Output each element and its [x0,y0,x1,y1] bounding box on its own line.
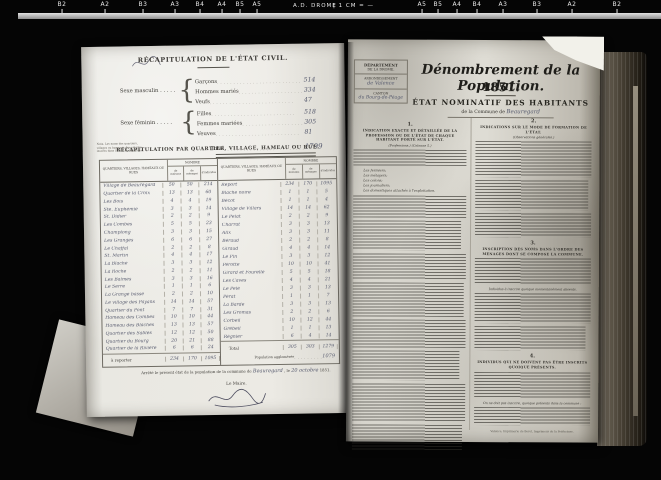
quartier-name: La Blache [101,261,164,267]
quartier-name: Quartier des Sables [103,331,166,337]
maisons-value: 5 [164,222,182,227]
quartier-name: Les Balmes [102,276,165,282]
individus-value: 1095 [317,181,335,186]
recap-row-value: 47 [304,96,330,103]
individus-value: 16 [201,276,219,281]
table-header: QUARTIERS, VILLAGES, HAMEAUX OU RUES NOM… [100,159,217,183]
menages-value: 3 [300,229,318,234]
paragraph-greeked [474,372,590,399]
menages-value: 4 [182,253,200,258]
dotted-leader: .......................... [242,121,304,127]
paragraph-greeked [352,384,465,423]
menages-value: 4 [301,277,319,282]
paragraph-greeked [353,149,466,166]
dotted-leader: .......................... [216,131,305,137]
menages-value: 3 [182,206,200,211]
menages-value: 13 [183,322,201,327]
section-1-number: 1. [354,121,467,128]
total-individus: 1279 [320,344,338,349]
quartier-name: Village de Villars [219,205,282,211]
signer-title: Le Maire. [186,380,286,387]
section-4-center-line: On ne doit pas inscrire, quoique présent… [474,401,590,406]
menages-value: 2 [301,309,319,314]
quartier-name: Le Pelé [220,285,283,291]
subcol-maisons: de maisons [286,165,303,179]
quartier-name: Corbeil [220,317,283,323]
quartier-name: Girard et Fourelle [220,269,283,275]
recap-row-label: Veuves [197,131,216,137]
maisons-value: 2 [164,214,182,219]
individus-value: 62 [318,205,336,210]
individus-value: 6 [201,283,219,288]
quartier-name: Les Bois [101,199,164,205]
scale-mark: B2 [58,1,67,13]
recap-row: Garçons .......................... 514 [195,73,330,85]
maisons-value: 3 [283,285,301,290]
individus-value: 50 [202,330,220,335]
menages-value: 4 [182,198,200,203]
menages-value: 1 [301,293,319,298]
date-handwritten: 20 octobre [291,367,318,373]
maisons-value: 14 [165,299,183,304]
quartier-name: Alix [219,229,282,235]
report-row: à reporter 234 170 1095 [103,352,220,367]
maisons-value: 20 [166,338,184,343]
maisons-value: 13 [165,323,183,328]
menages-value: 12 [301,317,319,322]
menages-value: 3 [182,260,200,265]
scale-mark: A5 [418,1,427,13]
maisons-value: 5 [283,269,301,274]
individus-value: 214 [199,182,217,187]
left-rows: Village de Beauregard 50 50 214 Quartier… [100,181,220,354]
menages-value: 3 [182,229,200,234]
maisons-value: 4 [283,277,301,282]
profession-list-item: Les domestiques attachés à l'exploitatio… [353,189,466,195]
scale-mark: A2 [568,1,577,13]
report-label: à reporter [103,357,166,363]
maisons-value: 2 [164,245,182,250]
recap-row-value: 514 [304,76,330,83]
menages-value: 3 [300,221,318,226]
female-rows: Filles .......................... 518 Fe… [197,105,331,137]
maisons-value: 6 [284,333,302,338]
quartier-name: Ste. Euphémie [101,206,164,212]
menages-value: 50 [181,183,199,188]
scale-mark: A2 [101,1,110,13]
maisons-value: 4 [164,253,182,258]
scale-mark: B4 [196,1,205,13]
maisons-value: 10 [283,261,301,266]
table-right-half: QUARTIERS, VILLAGES, HAMEAUX OU RUES NOM… [218,157,339,365]
report-maisons: 234 [166,357,184,362]
report-menages: 170 [184,357,202,362]
maisons-value: 2 [282,237,300,242]
maisons-value: 4 [164,198,182,203]
menages-value: 12 [184,330,202,335]
quartier-name: La Barde [220,301,283,307]
table-left-half: QUARTIERS, VILLAGES, HAMEAUX OU RUES NOM… [100,159,221,367]
paragraph-greeked [475,180,588,211]
section-4-number: 4. [474,353,590,360]
canton-cell: CANTON du Bourg-de-Péage [355,89,407,102]
page-stack-sliver [633,86,638,416]
individus-value: 11 [201,268,219,273]
individus-value: 31 [201,307,219,312]
quartier-name: Giraud [219,245,282,251]
maisons-value: 7 [165,307,183,312]
maisons-value: 2 [165,268,183,273]
scale-mark: A4 [453,1,462,13]
maisons-value: 3 [164,229,182,234]
maisons-value: 50 [163,183,181,188]
individus-value: 10 [201,291,219,296]
number-subheaders: de maisons de ménages d'individus [286,164,336,179]
menages-value: 4 [300,245,318,250]
individus-value: 15 [200,229,218,234]
paragraph-greeked [475,258,591,285]
individus-value: 5 [317,189,335,194]
quartier-name: Quartier du Bourg [103,338,166,344]
agglomerated-label: Population agglomérée [254,355,294,360]
scale-mark: B5 [434,1,443,13]
recap-row-value: 305 [304,118,330,125]
individus-value: 44 [201,314,219,319]
individus-value: 88 [202,338,220,343]
subcol-individus: d'individus [201,166,218,180]
maisons-value: 234 [281,181,299,186]
total-menages: 303 [302,344,320,349]
quartier-name: Pérat [220,293,283,299]
maisons-value: 3 [283,301,301,306]
menages-value: 2 [300,237,318,242]
maisons-value: 3 [282,221,300,226]
scale-mark: A3 [171,1,180,13]
recap-row: Veuves .......................... 81 [197,125,331,137]
scale-ratio-label: | 1 CM = — [333,3,374,9]
certification-block: Arrêté le présent état de la population … [141,367,336,376]
commune-handwritten: Beauregard [253,368,283,374]
instruction-column-left: 1. INDICATION EXACTE ET DÉTAILLÉE DE LA … [352,119,467,454]
quartier-name: Les Caves [220,277,283,283]
quartier-name: Charrat [219,221,282,227]
paragraph-greeked [474,326,585,351]
maisons-value: 1 [281,197,299,202]
recap-civil-title: RÉCAPITULATION DE L'ÉTAT CIVIL. [81,53,344,65]
menages-value: 5 [301,269,319,274]
individus-value: 13 [319,285,337,290]
quartier-name: Bécot [219,197,282,203]
menages-value: 10 [183,315,201,320]
recap-row: Veufs .......................... 47 [195,93,330,105]
subcol-menages: de ménages [184,166,201,180]
agglomerated-line: Population agglomérée ................ 1… [221,352,339,362]
section-4-heading: INDIVIDUS QUI NE DOIVENT PAS ÊTRE INSCRI… [474,360,590,370]
commune-line: de la Commune de Beauregard [406,109,596,116]
maisons-value: 6 [166,346,184,351]
individus-value: 4 [317,197,335,202]
left-page-recapitulation: RÉCAPITULATION DE L'ÉTAT CIVIL. Sexe mas… [81,43,350,417]
recap-row: Hommes mariés ..........................… [195,83,330,95]
paragraph-greeked [352,320,465,349]
individus-value: 24 [202,345,220,350]
quartier-name: Béraud [219,237,282,243]
scanned-register-view: B2 A2 B3 A3 B4 A4 B5 A5 A.D. DROME | 1 C… [0,0,661,480]
quartier-name: Grébeil [221,325,284,331]
quartier-name: Report [218,181,281,187]
section-2-number: 2. [476,118,592,125]
menages-value: 3 [183,276,201,281]
profession-list: Les fermiers;Les métayers;Les colons;Les… [353,168,466,194]
individus-value: 19 [199,198,217,203]
recap-row-label: Veufs [195,99,210,105]
right-page-etat-nominatif: DÉPARTEMENT DE LA DROME. ARRONDISSEMENT … [346,39,600,442]
maisons-value: 13 [163,191,181,196]
page-gutter-shadow [338,42,354,442]
scale-mark: B5 [236,1,245,13]
quartier-name: Hameau des Blaches [102,323,165,329]
dotted-leader: .......................... [239,89,304,95]
year-title: 1851. [406,80,596,95]
individus-value: 12 [318,253,336,258]
menages-value: 170 [299,181,317,186]
paragraph-greeked [352,425,462,452]
menages-value: 2 [182,245,200,250]
maisons-value: 1 [165,284,183,289]
section-1-heading: INDICATION EXACTE ET DÉTAILLÉE DE LA PRO… [354,128,467,142]
quartier-name: Les Granges [101,238,164,244]
quartier-name: Le Chaffal [101,245,164,251]
scale-mark: B3 [139,1,148,13]
quartier-name: Pérotte [220,261,283,267]
recap-row-value: 518 [304,108,330,115]
menages-value: 1 [299,189,317,194]
subtitle: ÉTAT NOMINATIF DES HABITANTS [406,98,596,108]
quartier-name: Les Gromas [220,309,283,315]
individus-value: 14 [320,333,338,338]
maisons-value: 3 [282,253,300,258]
menages-value: 2 [183,291,201,296]
instruction-column-right: 2. INDICATIONS SUR LE MODE DE FORMATION … [474,116,592,433]
menages-value: 10 [301,261,319,266]
name-column-header: QUARTIERS, VILLAGES, HAMEAUX OU RUES [100,160,168,182]
quartier-name: Blache noire [218,189,281,195]
paragraph-greeked [475,141,591,178]
printer-imprint: Valence, Imprimerie de Borel, Imprimeur … [474,429,590,434]
scan-bed-edge [18,13,661,19]
menages-value: 5 [182,221,200,226]
menages-value: 4 [302,333,320,338]
female-group-label: Sexe féminin . . . . . [120,108,180,139]
maisons-value: 3 [164,261,182,266]
quartier-name: St. Didier [101,214,164,220]
individus-value: 7 [319,293,337,298]
maisons-value: 6 [164,237,182,242]
arrondissement-cell: ARRONDISSEMENT de Valence [355,74,407,89]
recap-row: Femmes mariées .........................… [197,115,331,127]
individus-value: 23 [200,221,218,226]
right-rows: Report 234 170 1095 Blache noire 1 1 5 [218,179,338,341]
section-2-subheading: (Observations générales.) [476,135,592,140]
recap-row-value: 334 [304,86,330,93]
maisons-value: 4 [282,245,300,250]
brace-icon: { [178,75,195,105]
menages-value: 6 [182,237,200,242]
section-1-subheading: (Professions.) (Colonne 5.) [353,143,466,148]
menages-value: 7 [183,307,201,312]
dotted-leader: .......................... [210,99,304,105]
scale-mark: A3 [499,1,508,13]
section-3-number: 3. [475,240,591,247]
individus-value: 9 [200,213,218,218]
menages-value: 1 [299,197,317,202]
canton-value: du Bourg-de-Péage [356,95,406,100]
quartier-name: Régnier [221,333,284,339]
menages-value: 1 [302,325,320,330]
individus-value: 13 [318,221,336,226]
quartier-name: Les Combes [101,222,164,228]
quartier-name: Le village des Payans [102,300,165,306]
quartier-name: La Roche [102,269,165,275]
title-rule [197,67,229,69]
admin-box: DÉPARTEMENT DE LA DROME. ARRONDISSEMENT … [354,59,408,103]
mayor-signature [204,386,268,409]
maisons-value: 3 [165,276,183,281]
quartier-name: Quartier de la Rivière [103,346,166,352]
individus-value: 60 [199,190,217,195]
individus-value: 13 [320,325,338,330]
subcol-maisons: de maisons [168,166,185,180]
maisons-value: 10 [165,315,183,320]
quartier-name: Le Serre [102,284,165,290]
paragraph-greeked [474,407,590,426]
quartier-name: St. Martin [101,253,164,259]
total-label: Total [221,344,284,350]
maisons-value: 3 [282,229,300,234]
paragraph-greeked [353,196,466,219]
number-subheaders: de maisons de ménages d'individus [168,166,217,181]
title-rule [486,95,516,96]
paragraph-greeked [475,213,591,238]
menages-value: 14 [183,299,201,304]
menages-value: 2 [182,214,200,219]
male-rows: Garçons .......................... 514 H… [195,73,330,105]
male-group-label: Sexe masculin . . . . . [120,76,179,107]
maisons-value: 10 [283,317,301,322]
subcol-individus: d'individus [320,164,337,178]
recap-row-label: Femmes mariées [197,121,243,128]
paragraph-greeked [353,221,462,252]
certification-line: Arrêté le présent état de la population … [141,368,252,375]
departement-cell: DÉPARTEMENT DE LA DROME. [355,60,407,74]
agglomerated-value: 1079 [322,353,335,359]
menages-value: 2 [300,213,318,218]
individus-value: 27 [200,237,218,242]
brace-icon: { [180,107,197,137]
maisons-value: 2 [283,309,301,314]
individus-value: 6 [319,309,337,314]
recap-row-label: Hommes mariés [195,89,239,96]
menages-value: 14 [300,205,318,210]
individus-value: 9 [318,213,336,218]
paragraph-greeked [475,293,591,324]
subcol-menages: de ménages [303,164,320,178]
report-individus: 1095 [202,356,220,361]
section-2-heading: INDICATIONS SUR LE MODE DE FORMATION DE … [476,125,592,135]
quartier-table: QUARTIERS, VILLAGES, HAMEAUX OU RUES NOM… [99,156,340,368]
individus-value: 12 [200,260,218,265]
individus-value: 21 [319,277,337,282]
scale-mark: B3 [533,1,542,13]
maisons-value: 14 [282,205,300,210]
individus-value: 8 [318,237,336,242]
individus-value: 44 [319,317,337,322]
commune-value-handwritten: Beauregard [506,109,540,115]
individus-value: 14 [318,245,336,250]
column-divider [469,118,472,430]
section-3-heading: INSCRIPTION DES NOMS DANS L'ORDRE DES MÉ… [475,247,591,257]
menages-value: 1 [183,284,201,289]
commune-prefix: de la Commune de [461,110,505,115]
quartier-name: La Grange basse [102,292,165,298]
individus-value: 14 [200,206,218,211]
section-3-italic-subheading: Individus à inscrire quoique momentanéme… [475,287,591,292]
scale-mark: A4 [218,1,227,13]
menages-value: 3 [300,253,318,258]
recap-row-label: Garçons [195,79,217,85]
individus-value: 17 [200,252,218,257]
scale-mark: B4 [473,1,482,13]
total-maisons: 305 [284,344,302,349]
maisons-value: 2 [165,292,183,297]
arrondissement-value: de Valence [356,80,406,86]
quartier-name: Le Pin [219,253,282,259]
book-edge [597,52,647,446]
maisons-value: 3 [164,206,182,211]
individus-value: 13 [319,301,337,306]
maisons-value: 12 [166,330,184,335]
scale-mark: B2 [613,1,622,13]
individus-value: 41 [318,261,336,266]
name-column-header: QUARTIERS, VILLAGES, HAMEAUX OU RUES [218,158,286,180]
menages-value: 6 [184,346,202,351]
table-header: QUARTIERS, VILLAGES, HAMEAUX OU RUES NOM… [218,157,336,181]
maisons-value: 1 [283,293,301,298]
dotted-leader: ................ [294,354,322,359]
recap-row-value: 81 [304,128,330,135]
menages-value: 3 [301,285,319,290]
menages-value: 21 [184,338,202,343]
date-prefix: , le [284,368,290,373]
paragraph-greeked [353,283,464,318]
quartier-name: Champlong [101,230,164,236]
paragraph-greeked [352,351,459,382]
individus-value: 57 [201,322,219,327]
recap-row-label: Filles [197,111,212,117]
maisons-value: 1 [281,189,299,194]
menages-value: 2 [183,268,201,273]
menages-value: 3 [301,301,319,306]
departement-value: DE LA DROME. [356,67,406,71]
individus-value: 11 [318,229,336,234]
individus-value: 18 [319,269,337,274]
quartier-name: Le Pelat [219,213,282,219]
quartier-name: Quartier de la Croix [100,191,163,197]
maisons-value: 2 [282,213,300,218]
quartier-name: Quartier du Pont [102,307,165,313]
recap-row: Filles .......................... 518 [197,105,331,117]
year-label: 1851. [320,367,331,372]
